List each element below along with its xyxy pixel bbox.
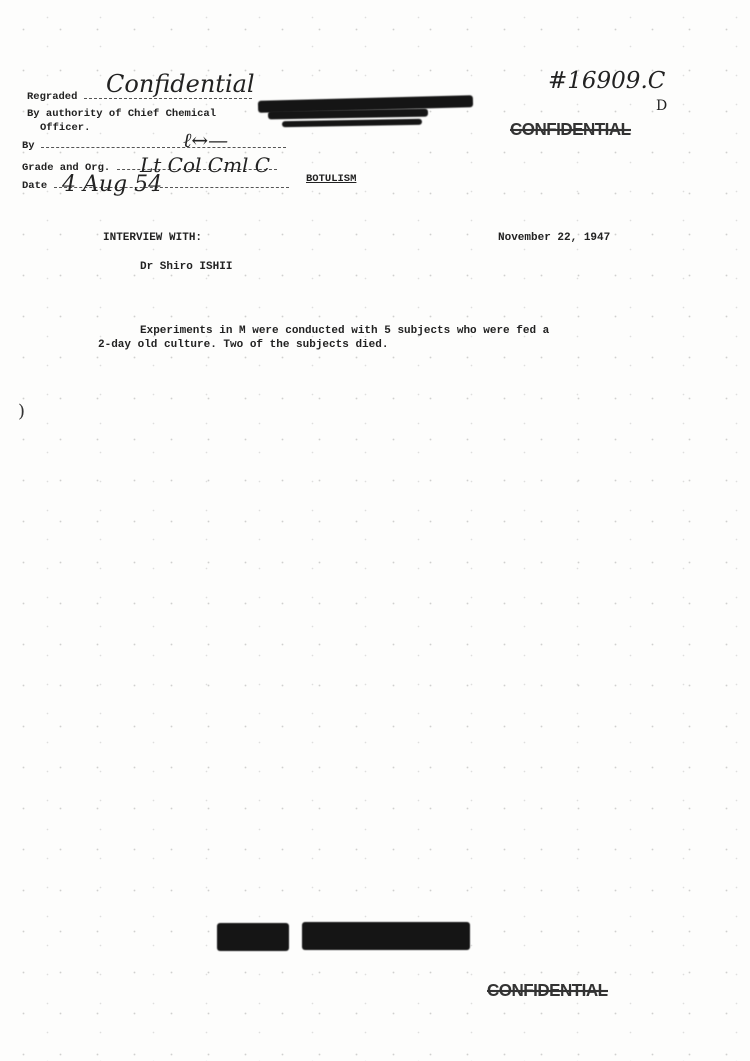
by-label: By [22, 140, 35, 152]
margin-mark: ) [18, 401, 25, 422]
scan-noise [0, 0, 750, 1061]
by-line: By [22, 140, 286, 152]
redaction-bar [217, 923, 289, 951]
body-line-1: Experiments in M were conducted with 5 s… [140, 325, 549, 337]
document-page: Regraded Confidential By authority of Ch… [0, 0, 750, 1061]
signature: ℓ↔— [183, 128, 228, 153]
redaction-bar [302, 922, 470, 950]
classification-stamp-bottom: CONFIDENTIAL [487, 981, 608, 1002]
interview-heading: INTERVIEW WITH: [103, 232, 202, 244]
file-number: #16909.C [548, 68, 665, 94]
redaction-bar [282, 119, 422, 127]
file-suffix: D [656, 98, 667, 114]
classification-stamp-top: CONFIDENTIAL [510, 120, 631, 141]
redaction-bar [268, 109, 428, 120]
regraded-label: Regraded [27, 91, 77, 103]
interviewee-name: Dr Shiro ISHII [140, 261, 232, 273]
authority-line-1: By authority of Chief Chemical [27, 108, 216, 120]
body-line-2: 2-day old culture. Two of the subjects d… [98, 339, 388, 351]
subject-heading: BOTULISM [306, 173, 356, 185]
regraded-handwritten-value: Confidential [106, 70, 255, 98]
authority-line-2: Officer. [40, 122, 90, 134]
date-label: Date [22, 180, 47, 192]
document-date: November 22, 1947 [498, 232, 610, 244]
date-handwritten-value: 4 Aug 54 [62, 172, 162, 197]
